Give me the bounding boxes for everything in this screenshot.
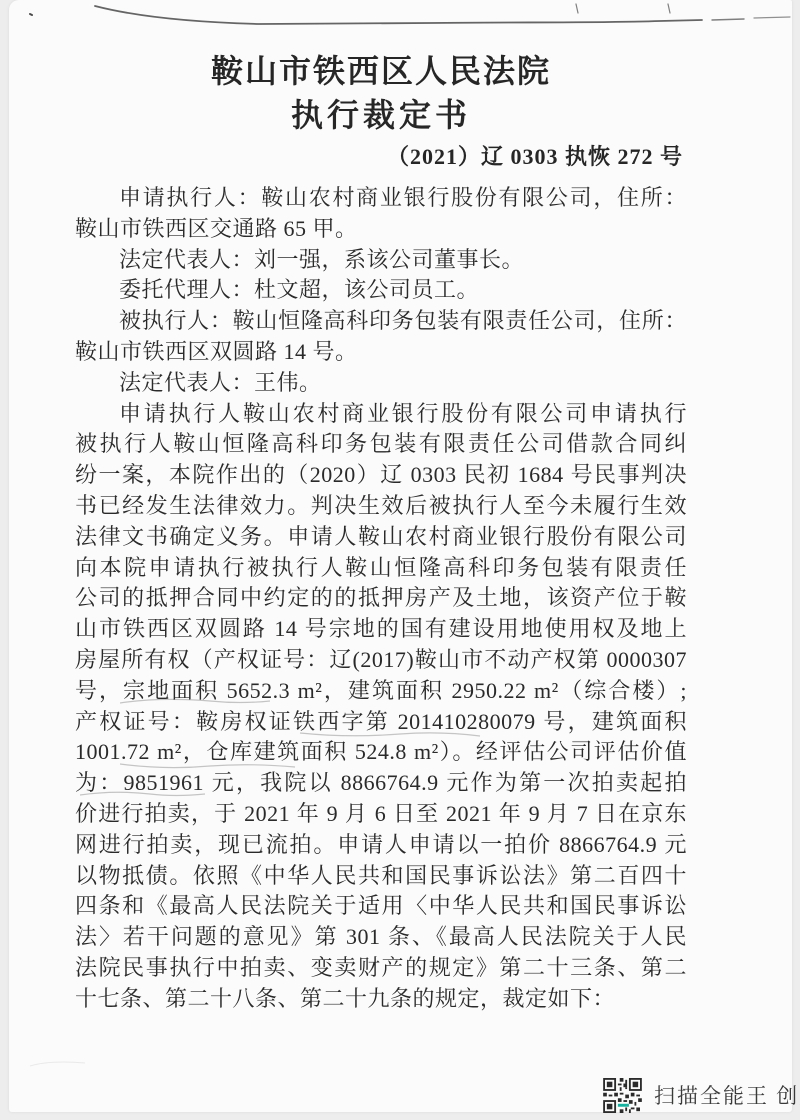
body-line: 书已经发生法律效力。判决生效后被执行人至今未履行生效 (75, 491, 687, 522)
body-line: 法定代表人：刘一强，系该公司董事长。 (75, 245, 687, 276)
case-number: （2021）辽 0303 执恢 272 号 (75, 140, 687, 174)
body-line: 法定代表人：王伟。 (75, 368, 687, 399)
body-line: 十七条、第二十八条、第二十九条的规定，裁定如下： (75, 984, 687, 1015)
body-line: 为：9851961 元，我院以 8866764.9 元作为第一次拍卖起拍 (75, 768, 687, 799)
watermark-label: 扫描全能王 创建 (654, 1080, 800, 1110)
body-line: 法院民事执行中拍卖、变卖财产的规定》第二十三条、第二 (75, 953, 687, 984)
body-line: 以物抵债。依照《中华人民共和国民事诉讼法》第二百四十 (75, 861, 687, 892)
body-line: 委托代理人：杜文超，该公司员工。 (75, 275, 687, 306)
body-line: 法〉若干问题的意见》第 301 条、《最高人民法院关于人民 (75, 922, 687, 953)
body-line: 四条和《最高人民法院关于适用〈中华人民共和国民事诉讼 (75, 891, 687, 922)
body-line: 产权证号：鞍房权证铁西字第 201410280079 号，建筑面积 (75, 707, 687, 738)
document-body: 申请执行人：鞍山农村商业银行股份有限公司，住所：鞍山市铁西区交通路 65 甲。法… (75, 183, 687, 1015)
body-line: 山市铁西区双圆路 14 号宗地的国有建设用地使用权及地上 (75, 614, 687, 645)
document-content: 鞍山市铁西区人民法院 执行裁定书 （2021）辽 0303 执恢 272 号 申… (75, 50, 687, 1015)
body-line: 被执行人鞍山恒隆高科印务包装有限责任公司借款合同纠 (75, 429, 687, 460)
camscanner-watermark: 扫描全能王 创建 (603, 1076, 788, 1114)
body-line: 申请执行人：鞍山农村商业银行股份有限公司，住所： (75, 183, 687, 214)
qr-code-icon (603, 1078, 642, 1113)
body-line: 价进行拍卖，于 2021 年 9 月 6 日至 2021 年 9 月 7 日在京… (75, 799, 687, 830)
body-line: 申请执行人鞍山农村商业银行股份有限公司申请执行 (75, 399, 687, 430)
body-line: 法律文书确定义务。申请人鞍山农村商业银行股份有限公司 (75, 522, 687, 553)
document-type-title: 执行裁定书 (75, 94, 687, 136)
body-line: 公司的抵押合同中约定的的抵押房产及土地，该资产位于鞍 (75, 583, 687, 614)
body-line: 网进行拍卖，现已流拍。申请人申请以一拍价 8866764.9 元 (75, 830, 687, 861)
body-line: 向本院申请执行被执行人鞍山恒隆高科印务包装有限责任 (75, 553, 687, 584)
body-line: 房屋所有权（产权证号：辽(2017)鞍山市不动产权第 0000307 (75, 645, 687, 676)
body-line: 鞍山市铁西区双圆路 14 号。 (75, 337, 687, 368)
body-line: 鞍山市铁西区交通路 65 甲。 (75, 214, 687, 245)
body-line: 纷一案，本院作出的（2020）辽 0303 民初 1684 号民事判决 (75, 460, 687, 491)
scanned-page: 鞍山市铁西区人民法院 执行裁定书 （2021）辽 0303 执恢 272 号 申… (0, 0, 800, 1120)
body-line: 1001.72 m²，仓库建筑面积 524.8 m²）。经评估公司评估价值 (75, 737, 687, 768)
court-name: 鞍山市铁西区人民法院 (75, 50, 687, 92)
body-line: 号，宗地面积 5652.3 m²，建筑面积 2950.22 m²（综合楼）; (75, 676, 687, 707)
body-line: 被执行人：鞍山恒隆高科印务包装有限责任公司，住所： (75, 306, 687, 337)
